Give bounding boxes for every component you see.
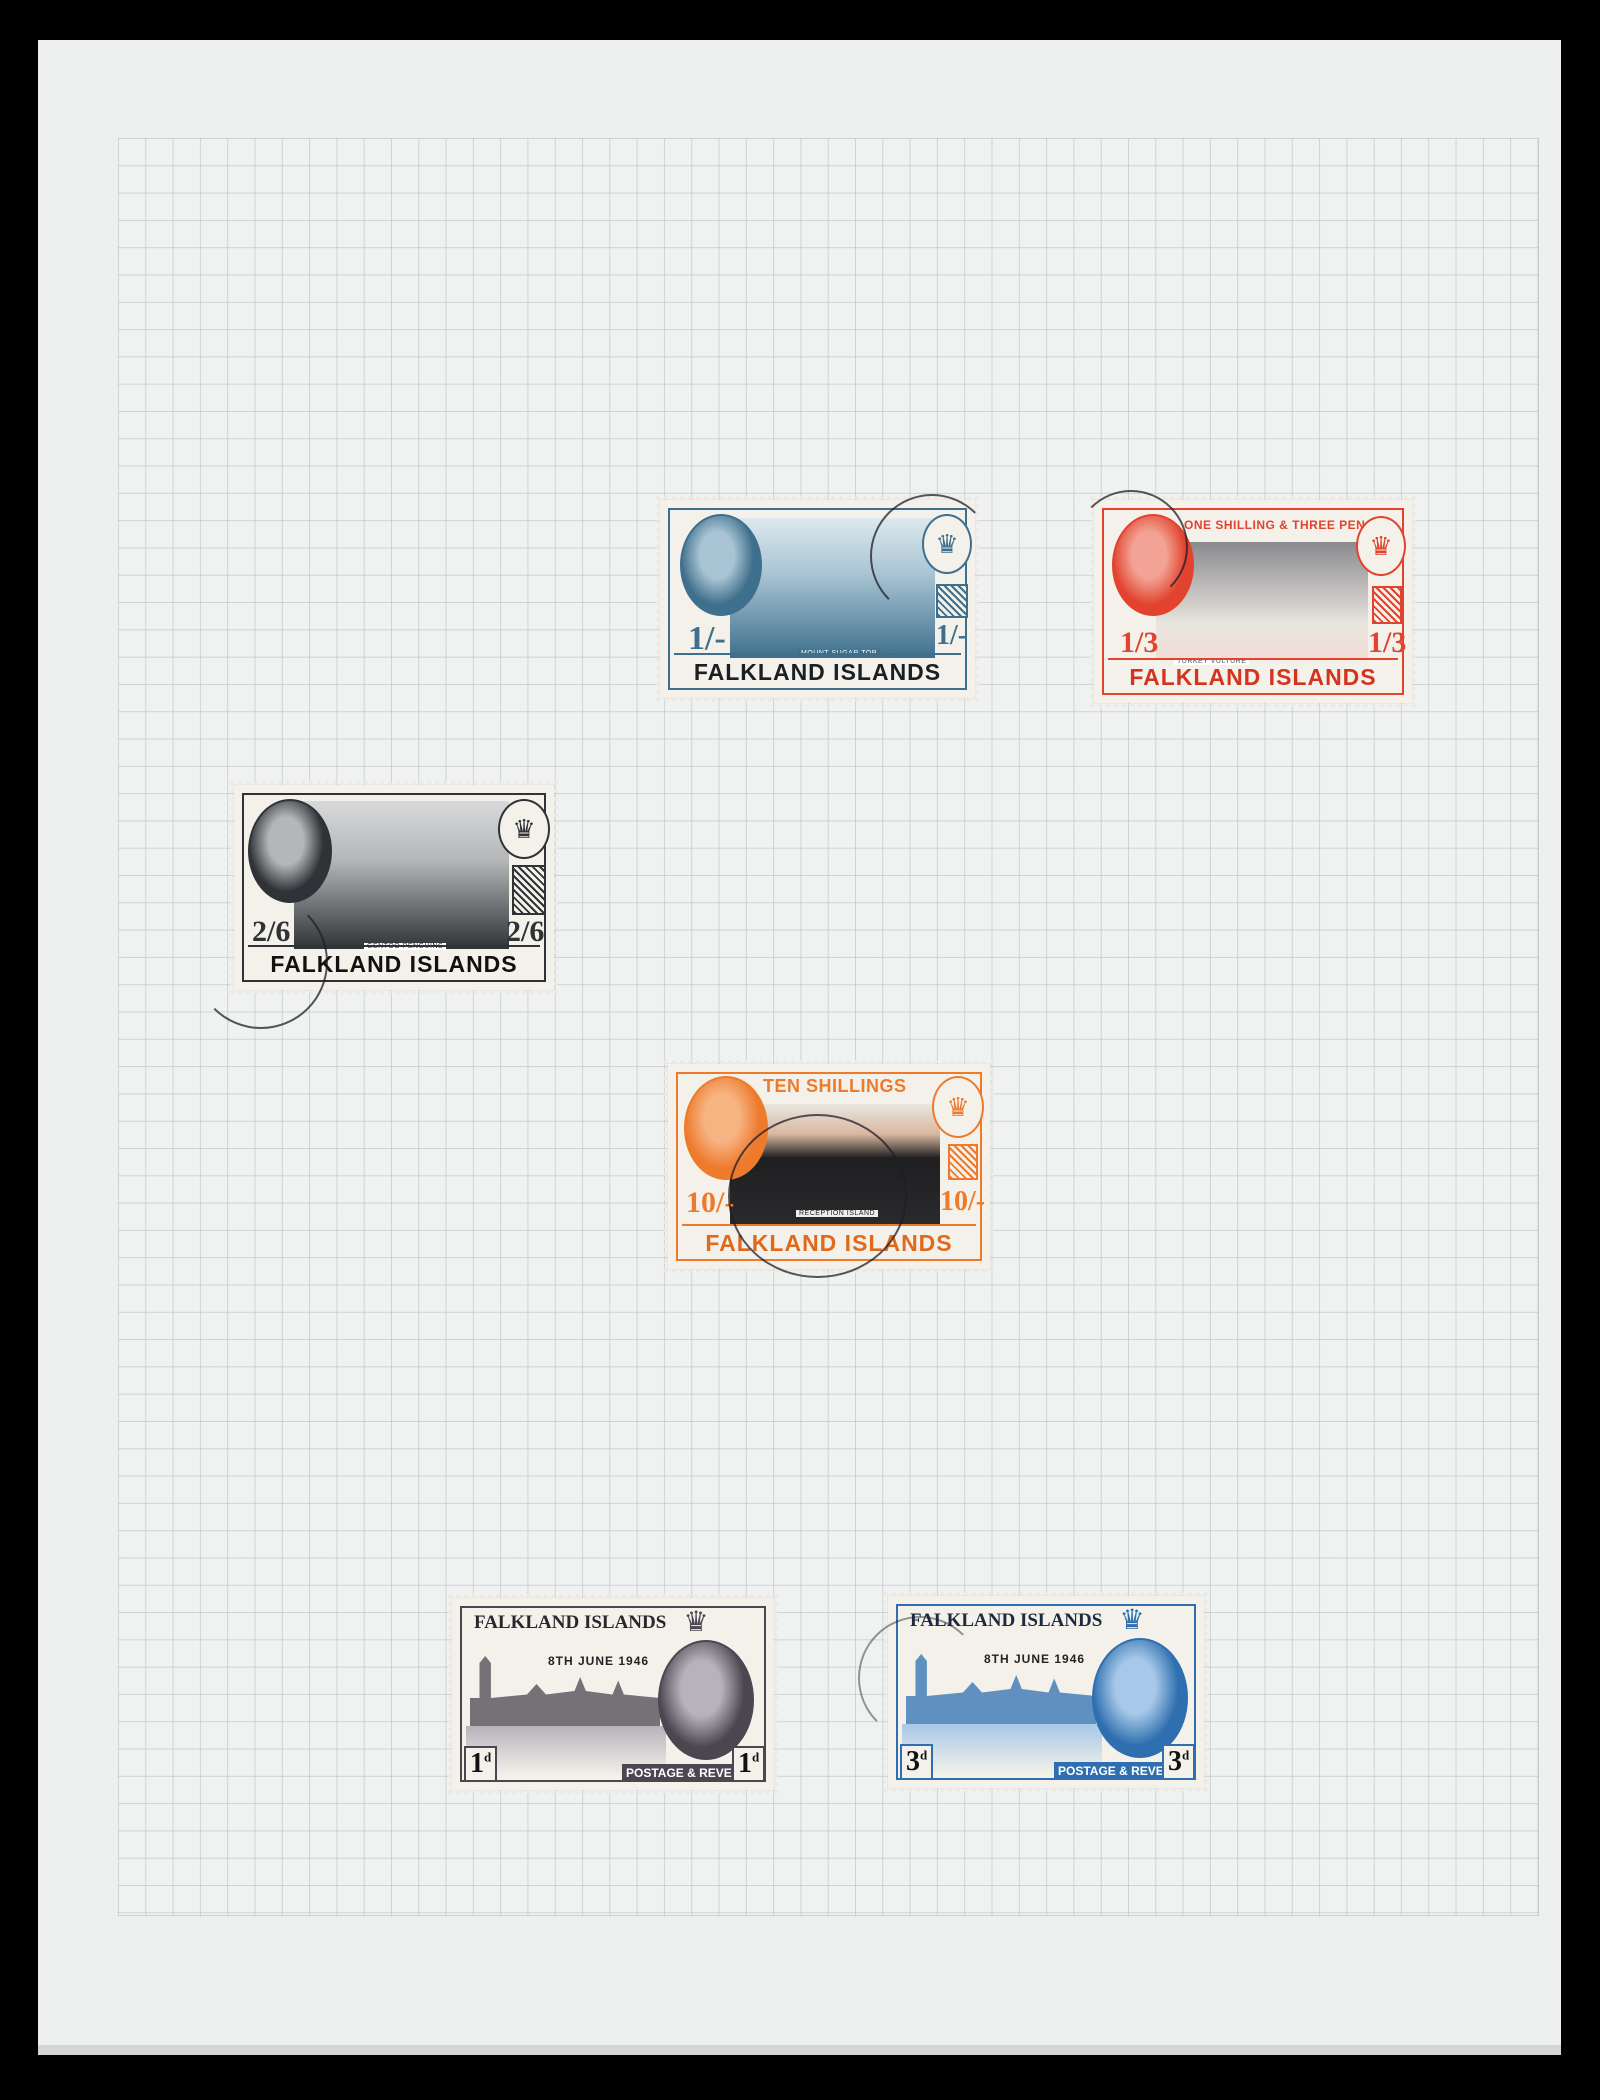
stamp-gentoo-penguins[interactable]: ♛ 2/6 2/6 GENTOO PENGUINS FALKLAND ISLAN… [234,785,554,990]
crown-icon: ♛ [1110,1602,1154,1636]
stamp-country: FALKLAND ISLANDS [682,1224,976,1257]
stamp-top-text: ONE SHILLING & THREE PENCE [1184,518,1383,532]
decorative-panel [948,1144,978,1180]
stamp-caption: RECEPTION ISLAND [796,1210,878,1217]
stamp-value-right: 1/3 [1368,628,1406,658]
stamp-country: FALKLAND ISLANDS [248,945,540,978]
stamp-victory-1d[interactable]: FALKLAND ISLANDS ♛ 8TH JUNE 1946 1d POST… [452,1598,774,1790]
stamp-value-left: 10/- [686,1188,734,1218]
stamp-value-left: 3d [900,1744,933,1780]
stamp-value-left: 2/6 [252,917,290,947]
stamp-country: FALKLAND ISLANDS [910,1610,1102,1632]
stamp-turkey-vulture[interactable]: ONE SHILLING & THREE PENCE ♛ 1/3 1/3 TUR… [1094,500,1412,703]
crown-icon: ♛ [498,799,550,859]
king-portrait [1092,1638,1188,1758]
crown-icon: ♛ [1356,516,1406,576]
king-portrait [680,514,762,616]
stamp-scene [730,518,935,658]
stamp-value-left: 1/- [688,622,726,656]
stamp-top-text: TEN SHILLINGS [763,1076,907,1097]
crown-icon: ♛ [932,1076,984,1138]
stamp-victory-3d[interactable]: FALKLAND ISLANDS ♛ 8TH JUNE 1946 3d POST… [888,1596,1204,1788]
stamp-value-right: 1/- [936,622,967,650]
king-portrait [1112,514,1194,616]
crown-icon: ♛ [674,1604,718,1638]
stamp-value-left: 1d [464,1746,497,1782]
album-page [38,40,1561,2055]
stamp-value-left: 1/3 [1120,628,1158,658]
stamp-country: FALKLAND ISLANDS [474,1612,666,1634]
stamp-country: FALKLAND ISLANDS [1108,658,1398,691]
stamp-mount-sugar-top[interactable]: ♛ 1/- 1/- MOUNT SUGAR TOP FALKLAND ISLAN… [660,500,975,698]
page-bottom-edge [38,2045,1561,2055]
decorative-panel [936,584,968,618]
stamp-value-right: 1d [732,1746,765,1782]
king-portrait [248,799,332,903]
crown-icon: ♛ [922,514,972,574]
king-portrait [684,1076,768,1180]
king-portrait [658,1640,754,1760]
stamp-date: 8TH JUNE 1946 [548,1654,649,1668]
decorative-panel [1372,586,1402,624]
stamp-date: 8TH JUNE 1946 [984,1652,1085,1666]
stamp-country: FALKLAND ISLANDS [674,653,961,686]
stamp-value-right: 2/6 [506,917,544,947]
stamp-value-right: 10/- [940,1188,985,1216]
stamp-reception-island[interactable]: TEN SHILLINGS ♛ 10/- 10/- RECEPTION ISLA… [668,1064,990,1269]
stamp-value-right: 3d [1162,1744,1195,1780]
decorative-panel [512,865,546,915]
graph-grid [118,138,1539,1916]
